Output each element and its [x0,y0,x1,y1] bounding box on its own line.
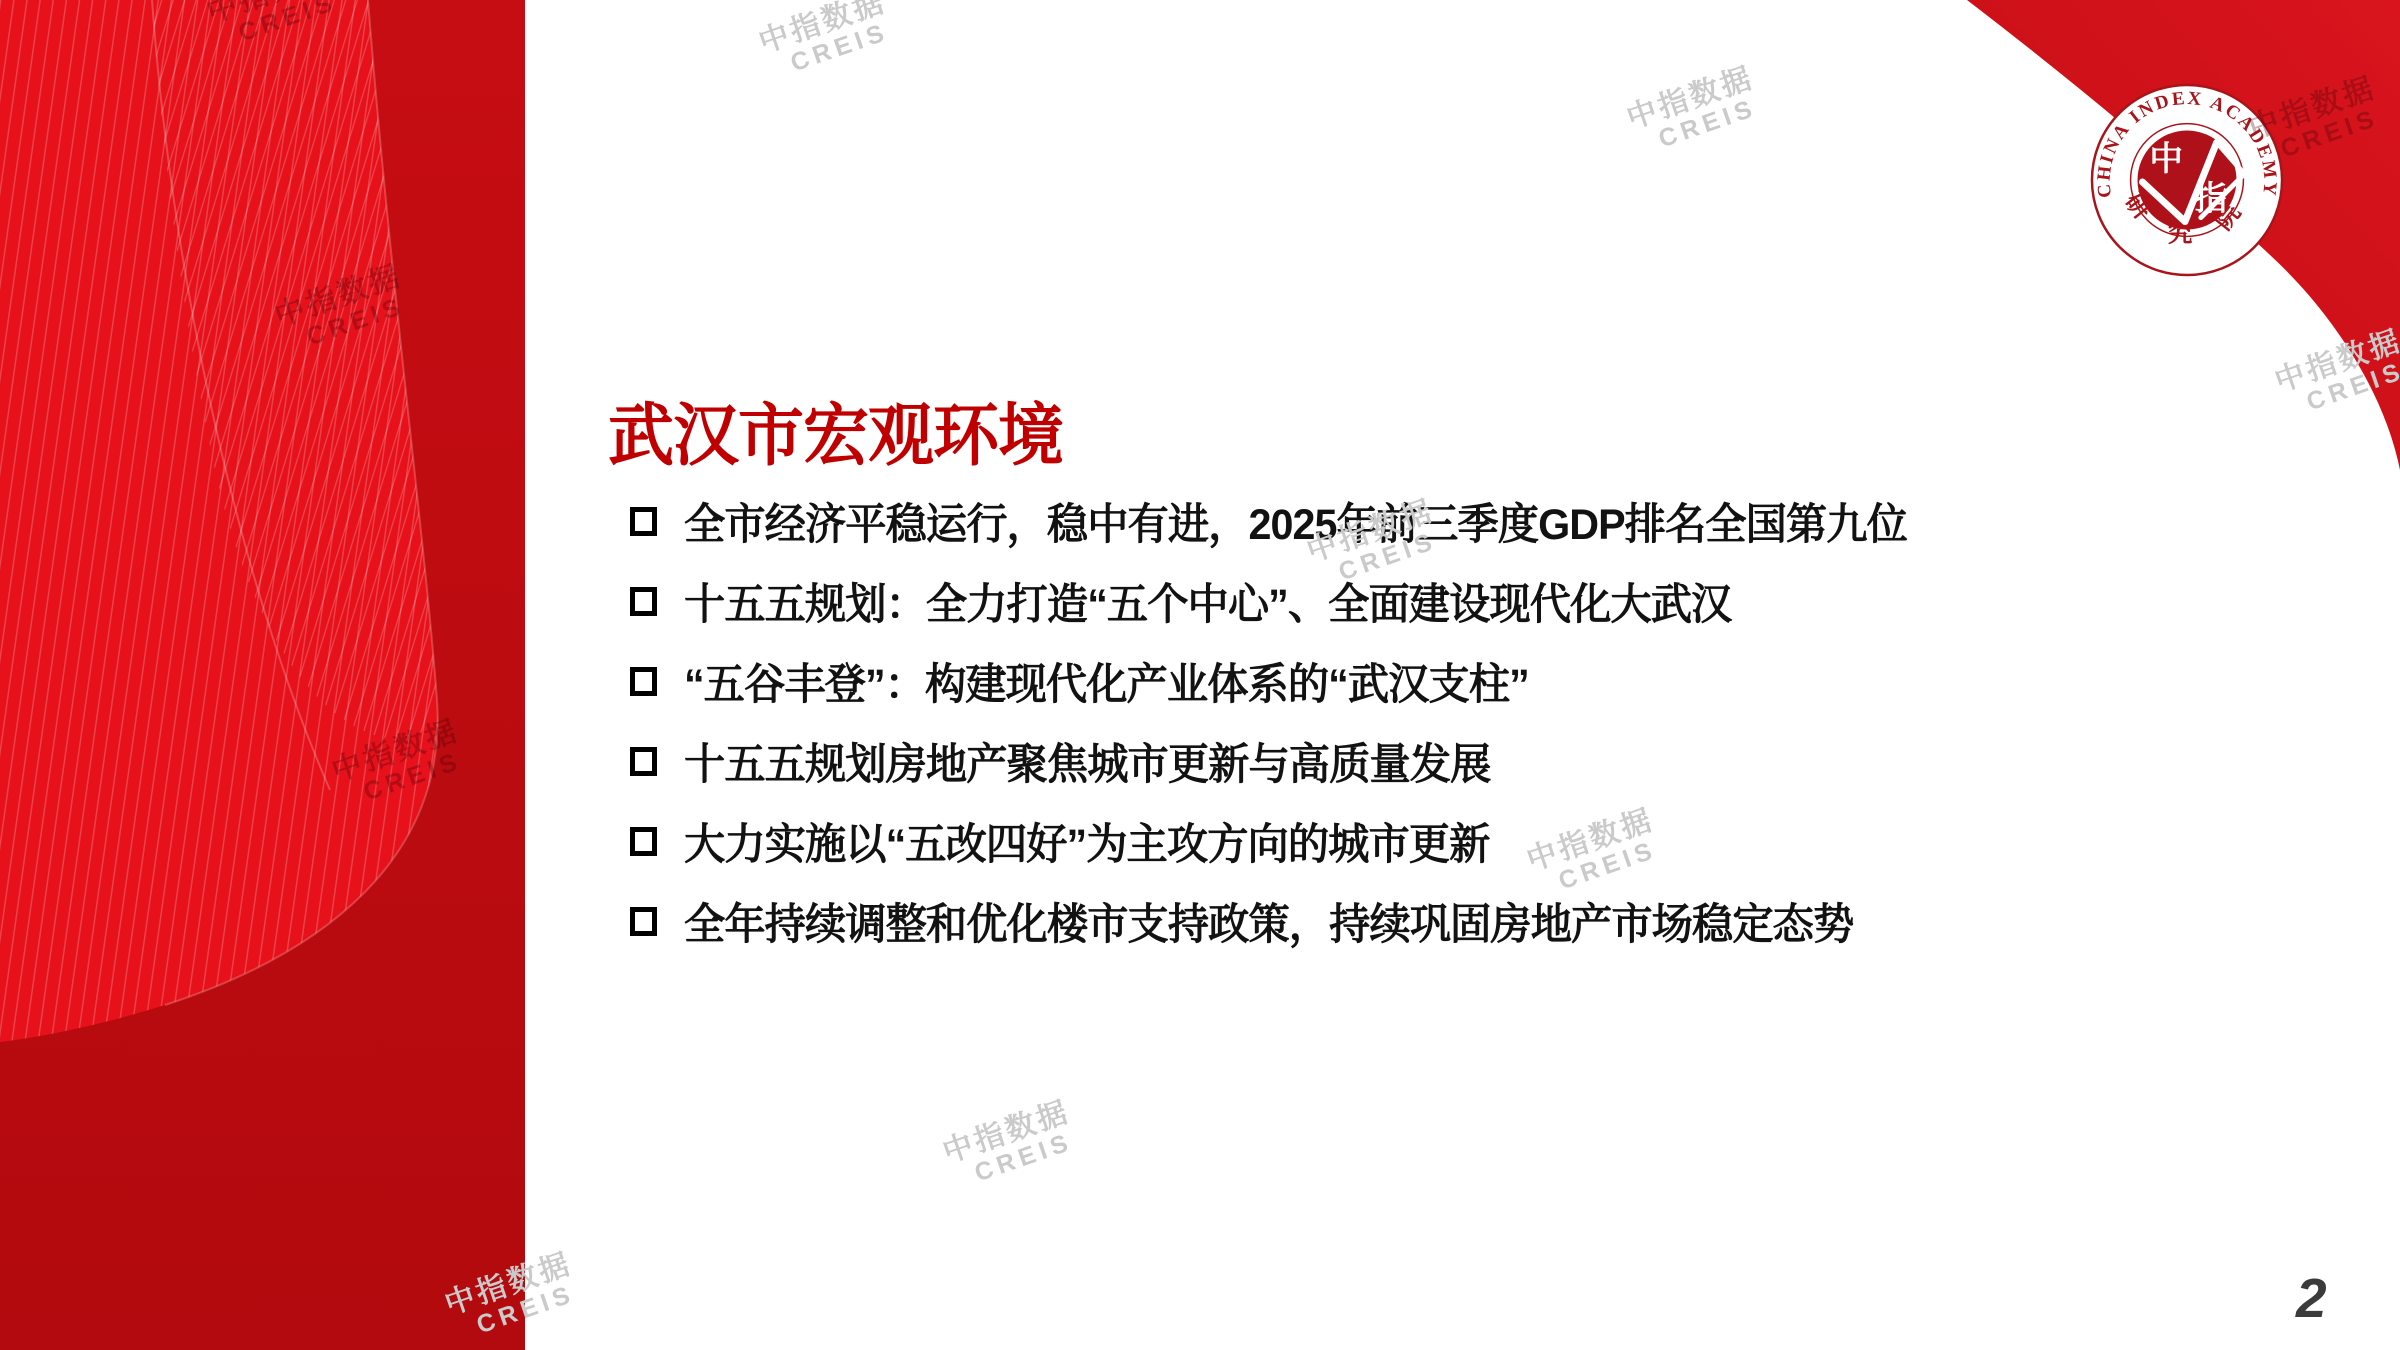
bullet-item: 大力实施以“五改四好”为主攻方向的城市更新 [630,801,1958,881]
bullet-item: “五谷丰登”：构建现代化产业体系的“武汉支柱” [630,641,1958,721]
bullet-text: 大力实施以“五改四好”为主攻方向的城市更新 [684,811,1489,872]
bullet-text: 十五五规划房地产聚焦城市更新与高质量发展 [684,731,1490,792]
checkbox-bullet-icon [630,747,657,776]
bullet-text: 全年持续调整和优化楼市支持政策，持续巩固房地产市场稳定态势 [684,891,1853,952]
bullet-text: 全市经济平稳运行，稳中有进，2025年前三季度GDP排名全国第九位 [684,491,1907,552]
seal-char-zhi: 指 [2194,180,2228,218]
bullet-item: 全年持续调整和优化楼市支持政策，持续巩固房地产市场稳定态势 [630,881,1958,961]
bullet-item: 十五五规划：全力打造“五个中心”、全面建设现代化大武汉 [630,561,1958,641]
page-title: 武汉市宏观环境 [608,382,1063,479]
bullet-item: 十五五规划房地产聚焦城市更新与高质量发展 [630,721,1958,801]
watermark: 中指数据 CREIS [2253,319,2400,431]
checkbox-bullet-icon [630,907,657,936]
watermark: 中指数据 CREIS [737,0,917,91]
slide-canvas: CHINA INDEX ACADEMY 研 究 院 中 指 武汉市宏观环境 全市… [0,0,2400,1350]
checkbox-bullet-icon [630,667,657,696]
seal-char-zhong: 中 [2149,140,2183,178]
page-number: 2 [2296,1266,2327,1330]
watermark: 中指数据 CREIS [1605,56,1785,168]
watermark: 中指数据 CREIS [921,1090,1101,1202]
sidebar-decoration [0,0,525,1350]
checkbox-bullet-icon [630,507,657,536]
bullet-list: 全市经济平稳运行，稳中有进，2025年前三季度GDP排名全国第九位 十五五规划：… [630,481,1958,961]
academy-seal-logo: CHINA INDEX ACADEMY 研 究 院 中 指 [2088,81,2286,279]
bullet-text: “五谷丰登”：构建现代化产业体系的“武汉支柱” [684,651,1529,712]
checkbox-bullet-icon [630,587,657,616]
bullet-item: 全市经济平稳运行，稳中有进，2025年前三季度GDP排名全国第九位 [630,481,1958,561]
checkbox-bullet-icon [630,827,657,856]
bullet-text: 十五五规划：全力打造“五个中心”、全面建设现代化大武汉 [684,571,1731,632]
